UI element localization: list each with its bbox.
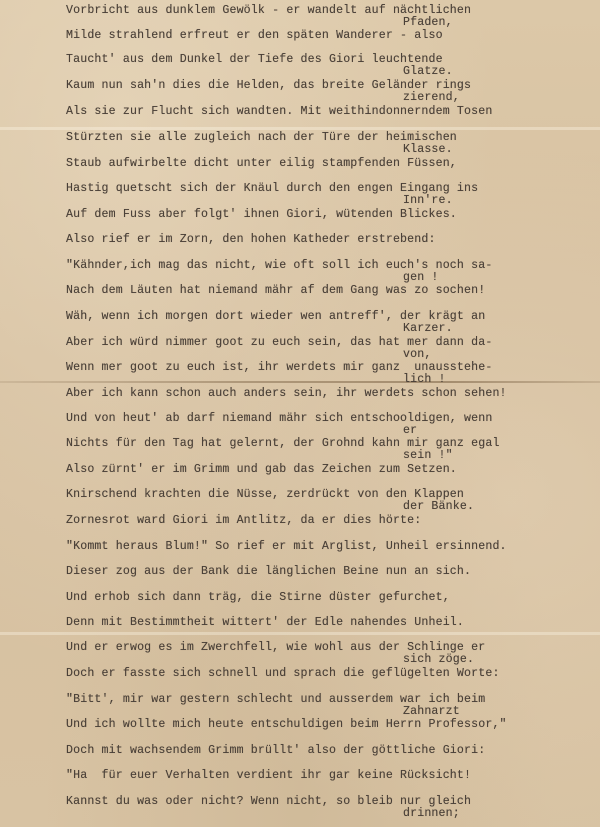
text-line-continuation: er: [403, 424, 417, 437]
text-line: "Kommt heraus Blum!" So rief er mit Argl…: [66, 540, 507, 553]
text-line-continuation: lich !: [403, 373, 446, 386]
text-line: Doch mit wachsendem Grimm brüllt' also d…: [66, 744, 485, 757]
text-line: Aber ich kann schon auch anders sein, ih…: [66, 387, 507, 400]
text-line: Auf dem Fuss aber folgt' ihnen Giori, wü…: [66, 208, 457, 221]
text-line-continuation: Karzer.: [403, 322, 453, 335]
text-line: Zornesrot ward Giori im Antlitz, da er d…: [66, 514, 421, 527]
text-line-continuation: Inn're.: [403, 194, 453, 207]
text-line-continuation: von,: [403, 348, 431, 361]
text-line-continuation: drinnen;: [403, 807, 460, 820]
text-line-continuation: zierend,: [403, 91, 460, 104]
text-line: Nach dem Läuten hat niemand mähr af dem …: [66, 284, 485, 297]
text-line-continuation: sein !": [403, 449, 453, 462]
text-line: "Ha für euer Verhalten verdient ihr gar …: [66, 769, 471, 782]
text-line-continuation: Glatze.: [403, 65, 453, 78]
text-line: Als sie zur Flucht sich wandten. Mit wei…: [66, 105, 492, 118]
text-line: Also zürnt' er im Grimm und gab das Zeic…: [66, 463, 457, 476]
text-line: Doch er fasste sich schnell und sprach d…: [66, 667, 500, 680]
text-line: Also rief er im Zorn, den hohen Katheder…: [66, 233, 436, 246]
text-line-continuation: Klasse.: [403, 143, 453, 156]
text-line: Stürzten sie alle zugleich nach der Türe…: [66, 131, 457, 144]
text-line-continuation: der Bänke.: [403, 500, 474, 513]
text-line: Denn mit Bestimmtheit wittert' der Edle …: [66, 616, 464, 629]
text-line: Und ich wollte mich heute entschuldigen …: [66, 718, 507, 731]
text-line-continuation: gen !: [403, 271, 439, 284]
text-line-continuation: Pfaden,: [403, 16, 453, 29]
text-line: Und erhob sich dann träg, die Stirne düs…: [66, 591, 450, 604]
text-line-continuation: sich zöge.: [403, 653, 474, 666]
typewritten-page: Vorbricht aus dunklem Gewölk - er wandel…: [0, 0, 600, 827]
text-line: Und von heut' ab darf niemand mähr sich …: [66, 412, 492, 425]
text-line: Taucht' aus dem Dunkel der Tiefe des Gio…: [66, 53, 443, 66]
text-line-continuation: Zahnarzt: [403, 705, 460, 718]
text-line: Milde strahlend erfreut er den späten Wa…: [66, 29, 443, 42]
text-line: Dieser zog aus der Bank die länglichen B…: [66, 565, 471, 578]
text-line: Staub aufwirbelte dicht unter eilig stam…: [66, 157, 457, 170]
